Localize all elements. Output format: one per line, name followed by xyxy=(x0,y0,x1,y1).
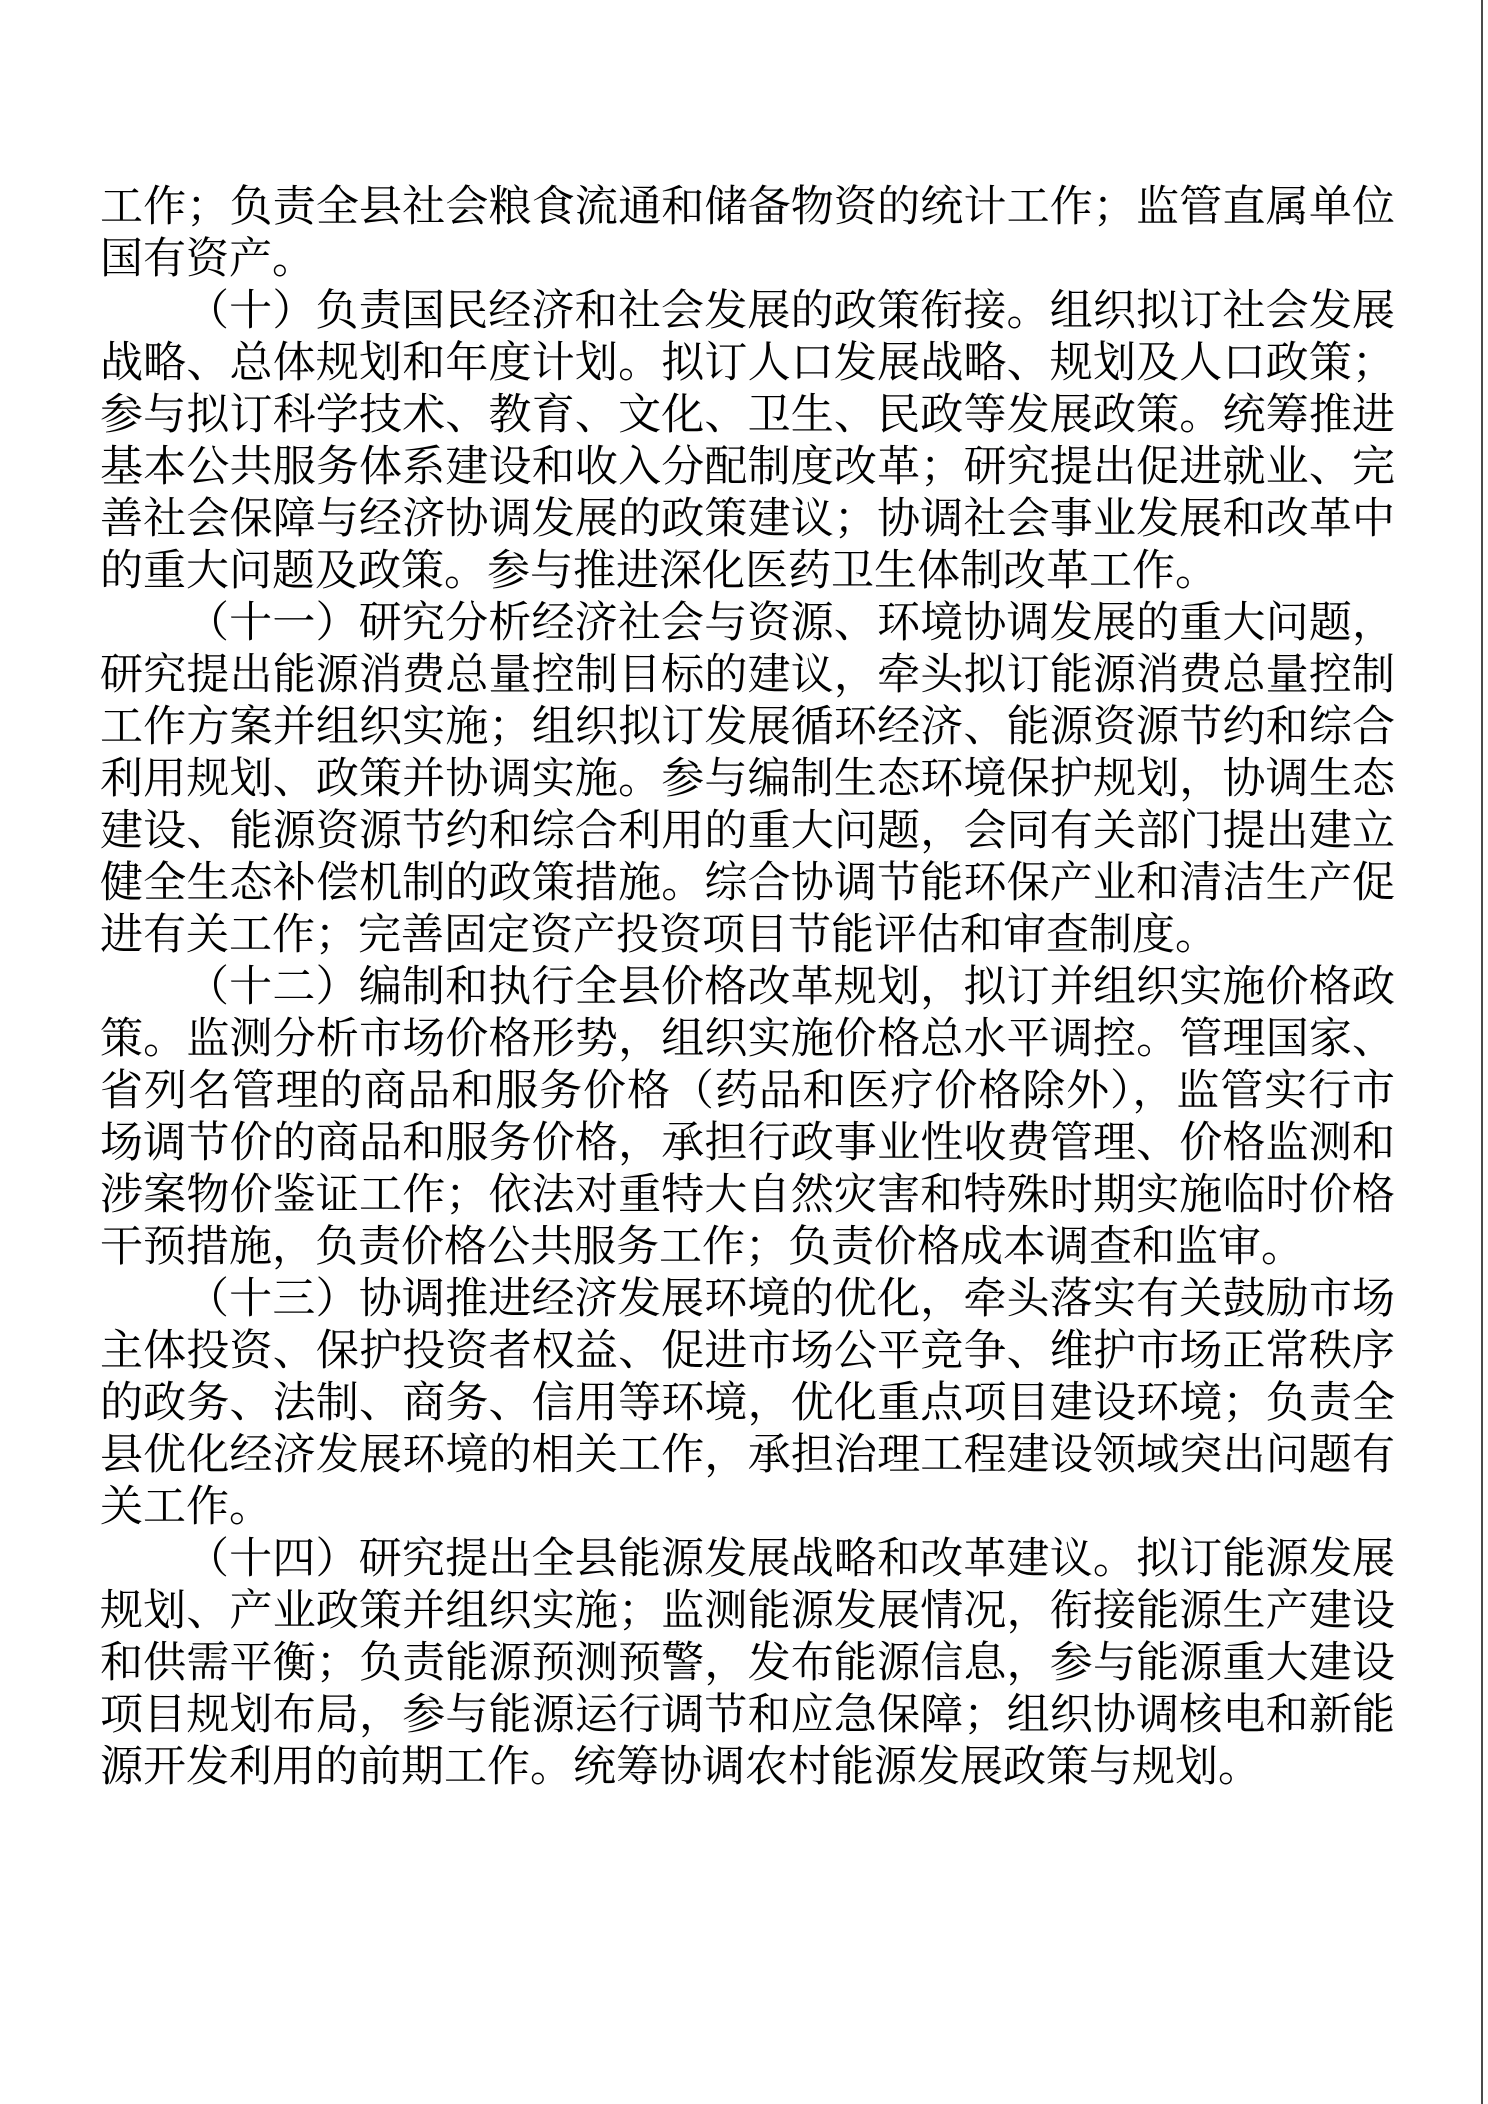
paragraph-continuation: 工作；负责全县社会粮食流通和储备物资的统计工作；监管直属单位国有资产。 xyxy=(100,182,1395,286)
paragraph-item-11: （十一）研究分析经济社会与资源、环境协调发展的重大问题，研究提出能源消费总量控制… xyxy=(100,598,1395,962)
paragraph-item-13: （十三）协调推进经济发展环境的优化，牵头落实有关鼓励市场主体投资、保护投资者权益… xyxy=(100,1274,1395,1534)
paragraph-item-10: （十）负责国民经济和社会发展的政策衔接。组织拟订社会发展战略、总体规划和年度计划… xyxy=(100,286,1395,598)
page-right-border-line xyxy=(1481,0,1483,2104)
paragraph-item-12: （十二）编制和执行全县价格改革规划，拟订并组织实施价格政策。监测分析市场价格形势… xyxy=(100,962,1395,1274)
paragraph-item-14: （十四）研究提出全县能源发展战略和改革建议。拟订能源发展规划、产业政策并组织实施… xyxy=(100,1534,1395,1794)
document-page: 工作；负责全县社会粮食流通和储备物资的统计工作；监管直属单位国有资产。 （十）负… xyxy=(100,182,1395,1794)
